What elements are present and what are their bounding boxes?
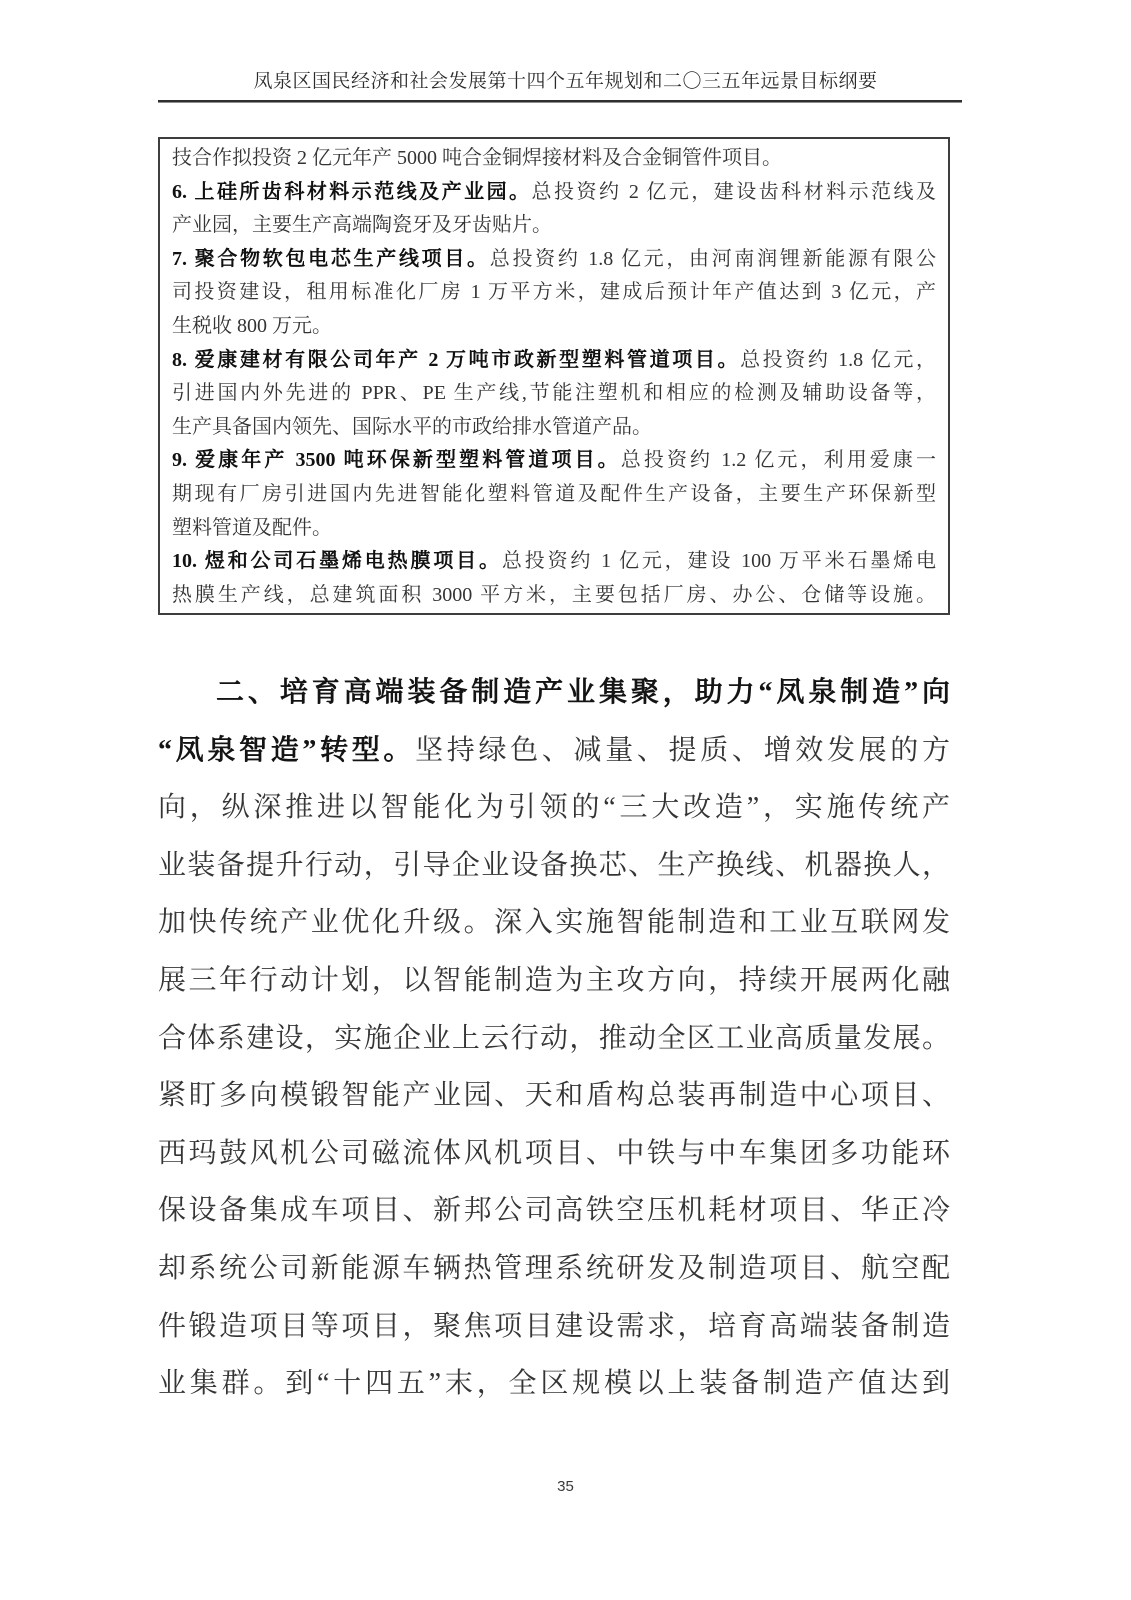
body-text-line: 业集群。到“十四五”末，全区规模以上装备制造产值达到: [158, 1355, 950, 1413]
box-text-line: 6. 上硅所齿科材料示范线及产业园。总投资约 2 亿元，建设齿科材料示范线及: [172, 176, 936, 210]
document-page: 凤泉区国民经济和社会发展第十四个五年规划和二〇三五年远景目标纲要 技合作拟投资 …: [0, 0, 1131, 1600]
page-number: 35: [0, 1478, 1131, 1495]
project-description-text: 产业园，主要生产高端陶瓷牙及牙齿贴片。: [172, 214, 552, 236]
project-description-text: 总投资约 1.2 亿元，利用爱康一: [621, 449, 936, 471]
section-body-text: 向，纵深推进以智能化为引领的“三大改造”，实施传统产: [158, 792, 950, 823]
section-body-text: 西玛鼓风机公司磁流体风机项目、中铁与中车集团多功能环: [158, 1138, 950, 1169]
body-text-line: 二、培育高端装备制造产业集聚，助力“凤泉制造”向: [158, 664, 950, 722]
project-description-text: 热膜生产线，总建筑面积 3000 平方米，主要包括厂房、办公、仓储等设施。: [172, 584, 936, 606]
section-heading-bold-text: “凤泉智造”转型。: [158, 735, 415, 766]
body-text-line: 加快传统产业优化升级。深入实施智能制造和工业互联网发: [158, 894, 950, 952]
project-description-text: 塑料管道及配件。: [172, 517, 332, 539]
section-paragraph: 二、培育高端装备制造产业集聚，助力“凤泉制造”向 “凤泉智造”转型。坚持绿色、减…: [158, 664, 950, 1424]
body-text-line: 业装备提升行动，引导企业设备换芯、生产换线、机器换人，: [158, 837, 950, 895]
box-text-line: 10. 煜和公司石墨烯电热膜项目。总投资约 1 亿元，建设 100 万平米石墨烯…: [172, 545, 936, 579]
box-text-line: 塑料管道及配件。: [172, 512, 936, 546]
project-description-text: 技合作拟投资 2 亿元年产 5000 吨合金铜焊接材料及合金铜管件项目。: [172, 147, 782, 169]
section-body-text: 保设备集成车项目、新邦公司高铁空压机耗材项目、华正冷: [158, 1195, 950, 1226]
header-divider: [158, 100, 962, 103]
box-text-line: 热膜生产线，总建筑面积 3000 平方米，主要包括厂房、办公、仓储等设施。: [172, 579, 936, 613]
body-text-line: 向，纵深推进以智能化为引领的“三大改造”，实施传统产: [158, 779, 950, 837]
box-text-line: 技合作拟投资 2 亿元年产 5000 吨合金铜焊接材料及合金铜管件项目。: [172, 142, 936, 176]
project-description-text: 引进国内外先进的 PPR、PE 生产线,节能注塑机和相应的检测及辅助设备等，: [172, 382, 936, 404]
project-description-text: 期现有厂房引进国内先进智能化塑料管道及配件生产设备，主要生产环保新型: [172, 483, 936, 505]
project-description-text: 生税收 800 万元。: [172, 315, 332, 337]
document-header-title: 凤泉区国民经济和社会发展第十四个五年规划和二〇三五年远景目标纲要: [0, 66, 1131, 93]
section-body-text: 加快传统产业优化升级。深入实施智能制造和工业互联网发: [158, 907, 950, 938]
section-body-text: 展三年行动计划，以智能制造为主攻方向，持续开展两化融: [158, 965, 950, 996]
section-body-text: 业集群。到“十四五”末，全区规模以上装备制造产值达到: [158, 1368, 950, 1399]
box-text-line: 期现有厂房引进国内先进智能化塑料管道及配件生产设备，主要生产环保新型: [172, 478, 936, 512]
box-text-line: 9. 爱康年产 3500 吨环保新型塑料管道项目。总投资约 1.2 亿元，利用爱…: [172, 444, 936, 478]
section-body-text: 紧盯多向模锻智能产业园、天和盾构总装再制造中心项目、: [158, 1080, 950, 1111]
box-text-line: 产业园，主要生产高端陶瓷牙及牙齿贴片。: [172, 209, 936, 243]
section-heading-bold-text: 二、培育高端装备制造产业集聚，助力“凤泉制造”向: [216, 677, 950, 708]
project-description-text: 总投资约 1.8 亿元，: [740, 349, 936, 371]
body-text-line: 紧盯多向模锻智能产业园、天和盾构总装再制造中心项目、: [158, 1067, 950, 1125]
section-body-text: 件锻造项目等项目，聚焦项目建设需求，培育高端装备制造: [158, 1311, 950, 1342]
box-text-line: 8. 爱康建材有限公司年产 2 万吨市政新型塑料管道项目。总投资约 1.8 亿元…: [172, 344, 936, 378]
project-description-text: 总投资约 1.8 亿元，由河南润锂新能源有限公: [490, 248, 936, 270]
section-body-text: 业装备提升行动，引导企业设备换芯、生产换线、机器换人，: [158, 850, 950, 881]
project-title-bold-text: 7. 聚合物软包电芯生产线项目。: [172, 248, 490, 270]
body-text-line: 却系统公司新能源车辆热管理系统研发及制造项目、航空配: [158, 1240, 950, 1298]
project-description-text: 生产具备国内领先、国际水平的市政给排水管道产品。: [172, 416, 652, 438]
section-body-text: 合体系建设，实施企业上云行动，推动全区工业高质量发展。: [158, 1023, 950, 1054]
body-text-line: 展三年行动计划，以智能制造为主攻方向，持续开展两化融: [158, 952, 950, 1010]
project-description-text: 司投资建设，租用标准化厂房 1 万平方米，建成后预计年产值达到 3 亿元，产: [172, 281, 936, 303]
box-text-line: 7. 聚合物软包电芯生产线项目。总投资约 1.8 亿元，由河南润锂新能源有限公: [172, 243, 936, 277]
project-list-box: 技合作拟投资 2 亿元年产 5000 吨合金铜焊接材料及合金铜管件项目。 6. …: [158, 137, 950, 615]
project-title-bold-text: 8. 爱康建材有限公司年产 2 万吨市政新型塑料管道项目。: [172, 349, 740, 371]
body-text-line: “凤泉智造”转型。坚持绿色、减量、提质、增效发展的方: [158, 722, 950, 780]
box-text-line: 生税收 800 万元。: [172, 310, 936, 344]
project-description-text: 总投资约 2 亿元，建设齿科材料示范线及: [532, 181, 936, 203]
box-text-line: 司投资建设，租用标准化厂房 1 万平方米，建成后预计年产值达到 3 亿元，产: [172, 276, 936, 310]
project-title-bold-text: 10. 煜和公司石墨烯电热膜项目。: [172, 550, 502, 572]
project-title-bold-text: 6. 上硅所齿科材料示范线及产业园。: [172, 181, 532, 203]
project-title-bold-text: 9. 爱康年产 3500 吨环保新型塑料管道项目。: [172, 449, 621, 471]
body-text-line: 件锻造项目等项目，聚焦项目建设需求，培育高端装备制造: [158, 1298, 950, 1356]
body-text-line: 西玛鼓风机公司磁流体风机项目、中铁与中车集团多功能环: [158, 1125, 950, 1183]
box-text-line: 引进国内外先进的 PPR、PE 生产线,节能注塑机和相应的检测及辅助设备等，: [172, 377, 936, 411]
project-description-text: 总投资约 1 亿元，建设 100 万平米石墨烯电: [502, 550, 936, 572]
section-body-text: 坚持绿色、减量、提质、增效发展的方: [415, 735, 950, 766]
body-text-line: 合体系建设，实施企业上云行动，推动全区工业高质量发展。: [158, 1010, 950, 1068]
box-text-line: 生产具备国内领先、国际水平的市政给排水管道产品。: [172, 411, 936, 445]
body-text-line: 保设备集成车项目、新邦公司高铁空压机耗材项目、华正冷: [158, 1182, 950, 1240]
section-body-text: 却系统公司新能源车辆热管理系统研发及制造项目、航空配: [158, 1253, 950, 1284]
